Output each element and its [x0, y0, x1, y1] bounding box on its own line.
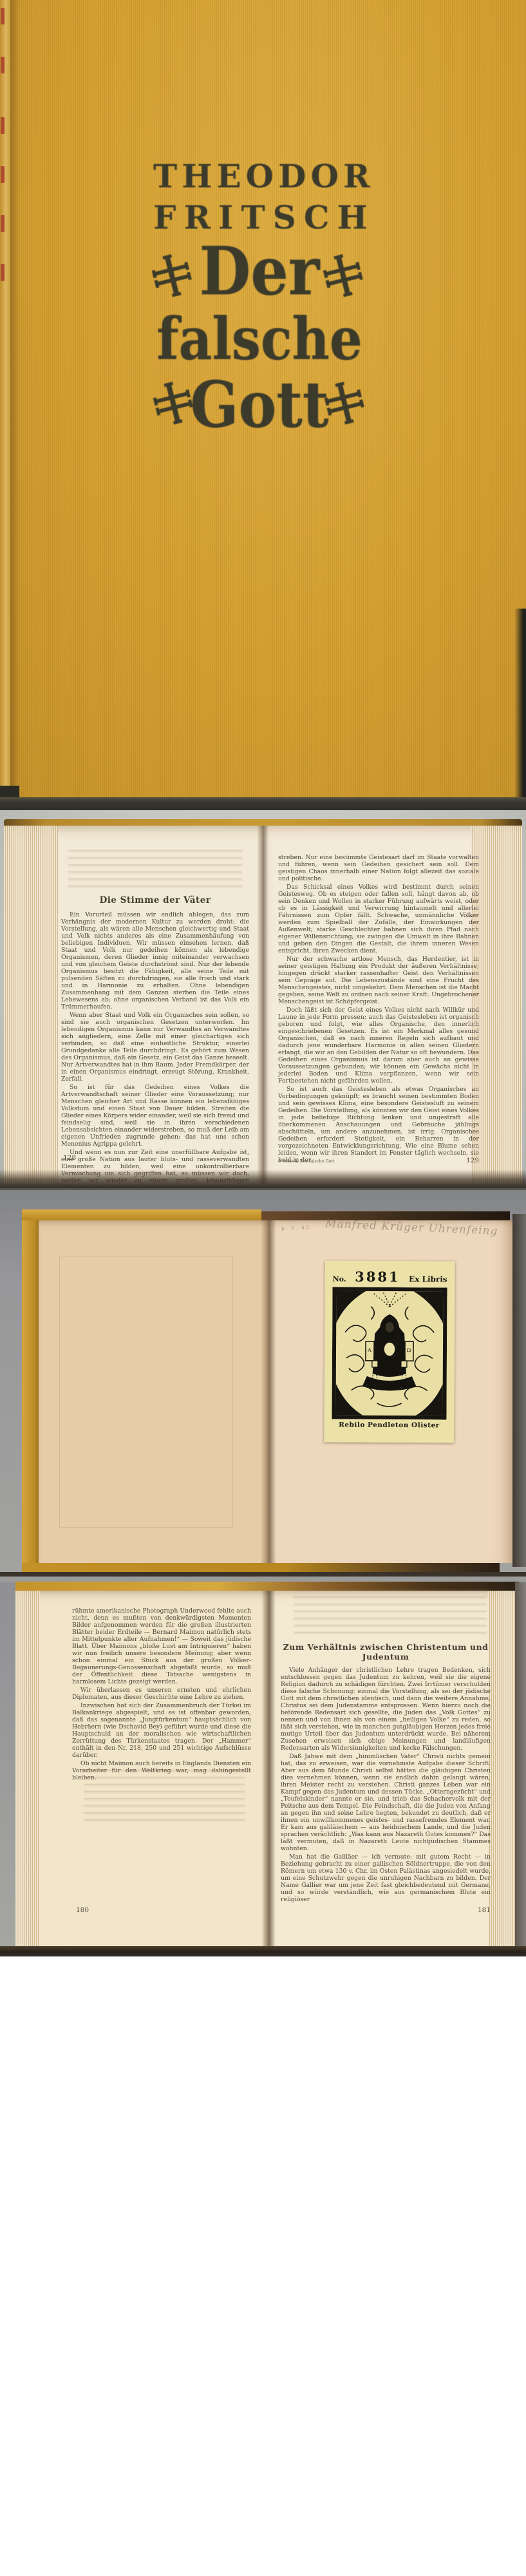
cover-title-line2: falsche — [129, 300, 390, 378]
cover-board-left-edge — [22, 1209, 40, 1570]
show-through-text — [68, 850, 242, 890]
red-edge-mark — [1, 166, 5, 183]
cross-ornament-icon — [153, 381, 193, 425]
spine-groove-shadow — [10, 0, 21, 810]
endpaper-gutter — [261, 1220, 276, 1563]
cross-ornament-icon — [152, 254, 192, 298]
page-number-128: 128 — [63, 1154, 76, 1162]
page-181-text: Viele Anhänger der christlichen Lehre tr… — [281, 1667, 491, 1904]
photo-bottom-shadow — [0, 1572, 526, 1577]
signature-mark: 9 Fritsch, Der falsche Gott — [278, 1159, 335, 1164]
book-gutter — [257, 826, 268, 1184]
page-180-text: rühmte amerikanische Photograph Underwoo… — [72, 1607, 251, 1783]
spread-photo-180-181: rühmte amerikanische Photograph Underwoo… — [0, 1577, 526, 1956]
page-128-text: Ein Vorurteil müssen wir endlich ablegen… — [61, 911, 249, 1188]
photo-separator-line — [0, 1188, 526, 1190]
bookplate-exlibris-label: Ex Libris — [409, 1274, 447, 1283]
red-edge-mark — [1, 215, 5, 232]
page-128-content: Die Stimme der Väter Ein Vorurteil müsse… — [61, 850, 249, 1153]
book-gutter — [261, 1591, 276, 1946]
show-through-text — [294, 1589, 487, 1636]
page-number-181: 181 — [471, 1906, 491, 1914]
spread-photo-128-129: Die Stimme der Väter Ein Vorurteil müsse… — [0, 810, 526, 1188]
page-number-180: 180 — [76, 1906, 89, 1914]
left-page-edge-stack — [4, 826, 58, 1184]
ex-libris-bookplate: No. 3881 Ex Libris — [324, 1260, 455, 1443]
book-fore-edge-dark — [512, 1214, 526, 1567]
pencil-note: p. 6. 42 — [281, 1224, 310, 1231]
blank-area — [0, 1956, 526, 2576]
chapter-heading: Zum Verhältnis zwischen Christentum und … — [281, 1642, 491, 1662]
cover-right-edge-shadow — [514, 609, 526, 810]
page-number-129: 129 — [466, 1157, 479, 1164]
cover-author-line2: FRITSCH — [153, 198, 366, 237]
page-129-text: streben. Nur eine bestimmte Geistesart d… — [278, 854, 479, 1165]
bookplate-glyph-left: A — [367, 1347, 371, 1353]
book-fore-edge-dark — [515, 1582, 526, 1946]
bookplate-header: No. 3881 Ex Libris — [325, 1260, 455, 1286]
bookplate-glyph-right: Ω — [407, 1347, 411, 1353]
red-edge-mark — [1, 264, 5, 281]
hooded-figure-illustration-icon: A Ω — [332, 1287, 447, 1420]
scanned-book-photos: THEODOR FRITSCH Der falsche Gott — [0, 0, 526, 2576]
cover-board-bottom-edge — [22, 1563, 500, 1572]
chapter-heading: Die Stimme der Väter — [61, 895, 249, 905]
page-180-content: rühmte amerikanische Photograph Underwoo… — [72, 1607, 251, 1768]
endpaper-photo: p. 6. 42 Manfred Krüger Uhrenfeing No. 3… — [0, 1188, 526, 1577]
cover-board-top-edge — [22, 1209, 261, 1220]
right-page-edge-stack — [488, 1591, 519, 1946]
cross-ornament-icon — [323, 254, 363, 298]
red-edge-mark — [1, 57, 5, 73]
bookplate-owner-name: Rebilo Pendleton Olister — [324, 1421, 454, 1429]
page-129-content: streben. Nur eine bestimmte Geistesart d… — [278, 854, 479, 1151]
bookplate-number: 3881 — [355, 1269, 400, 1285]
left-page-edge-stack — [15, 1591, 40, 1946]
red-edge-mark — [1, 8, 5, 24]
cover-bottom-edge — [0, 797, 526, 810]
show-through-text — [84, 1770, 245, 1825]
red-edge-mark — [1, 117, 5, 134]
cover-author-line1: THEODOR — [153, 157, 366, 196]
page-181-content: Zum Verhältnis zwischen Christentum und … — [281, 1642, 491, 1895]
book-bottom-shadow — [0, 1170, 526, 1188]
page-129-footer: 9 Fritsch, Der falsche Gott 129 — [278, 1157, 479, 1164]
book-bottom-shadow — [0, 1946, 526, 1956]
cross-ornament-icon — [324, 381, 364, 425]
turn-in-ridge — [59, 1256, 233, 1528]
bookplate-no-label: No. — [333, 1275, 346, 1283]
cover-photo: THEODOR FRITSCH Der falsche Gott — [0, 0, 526, 810]
